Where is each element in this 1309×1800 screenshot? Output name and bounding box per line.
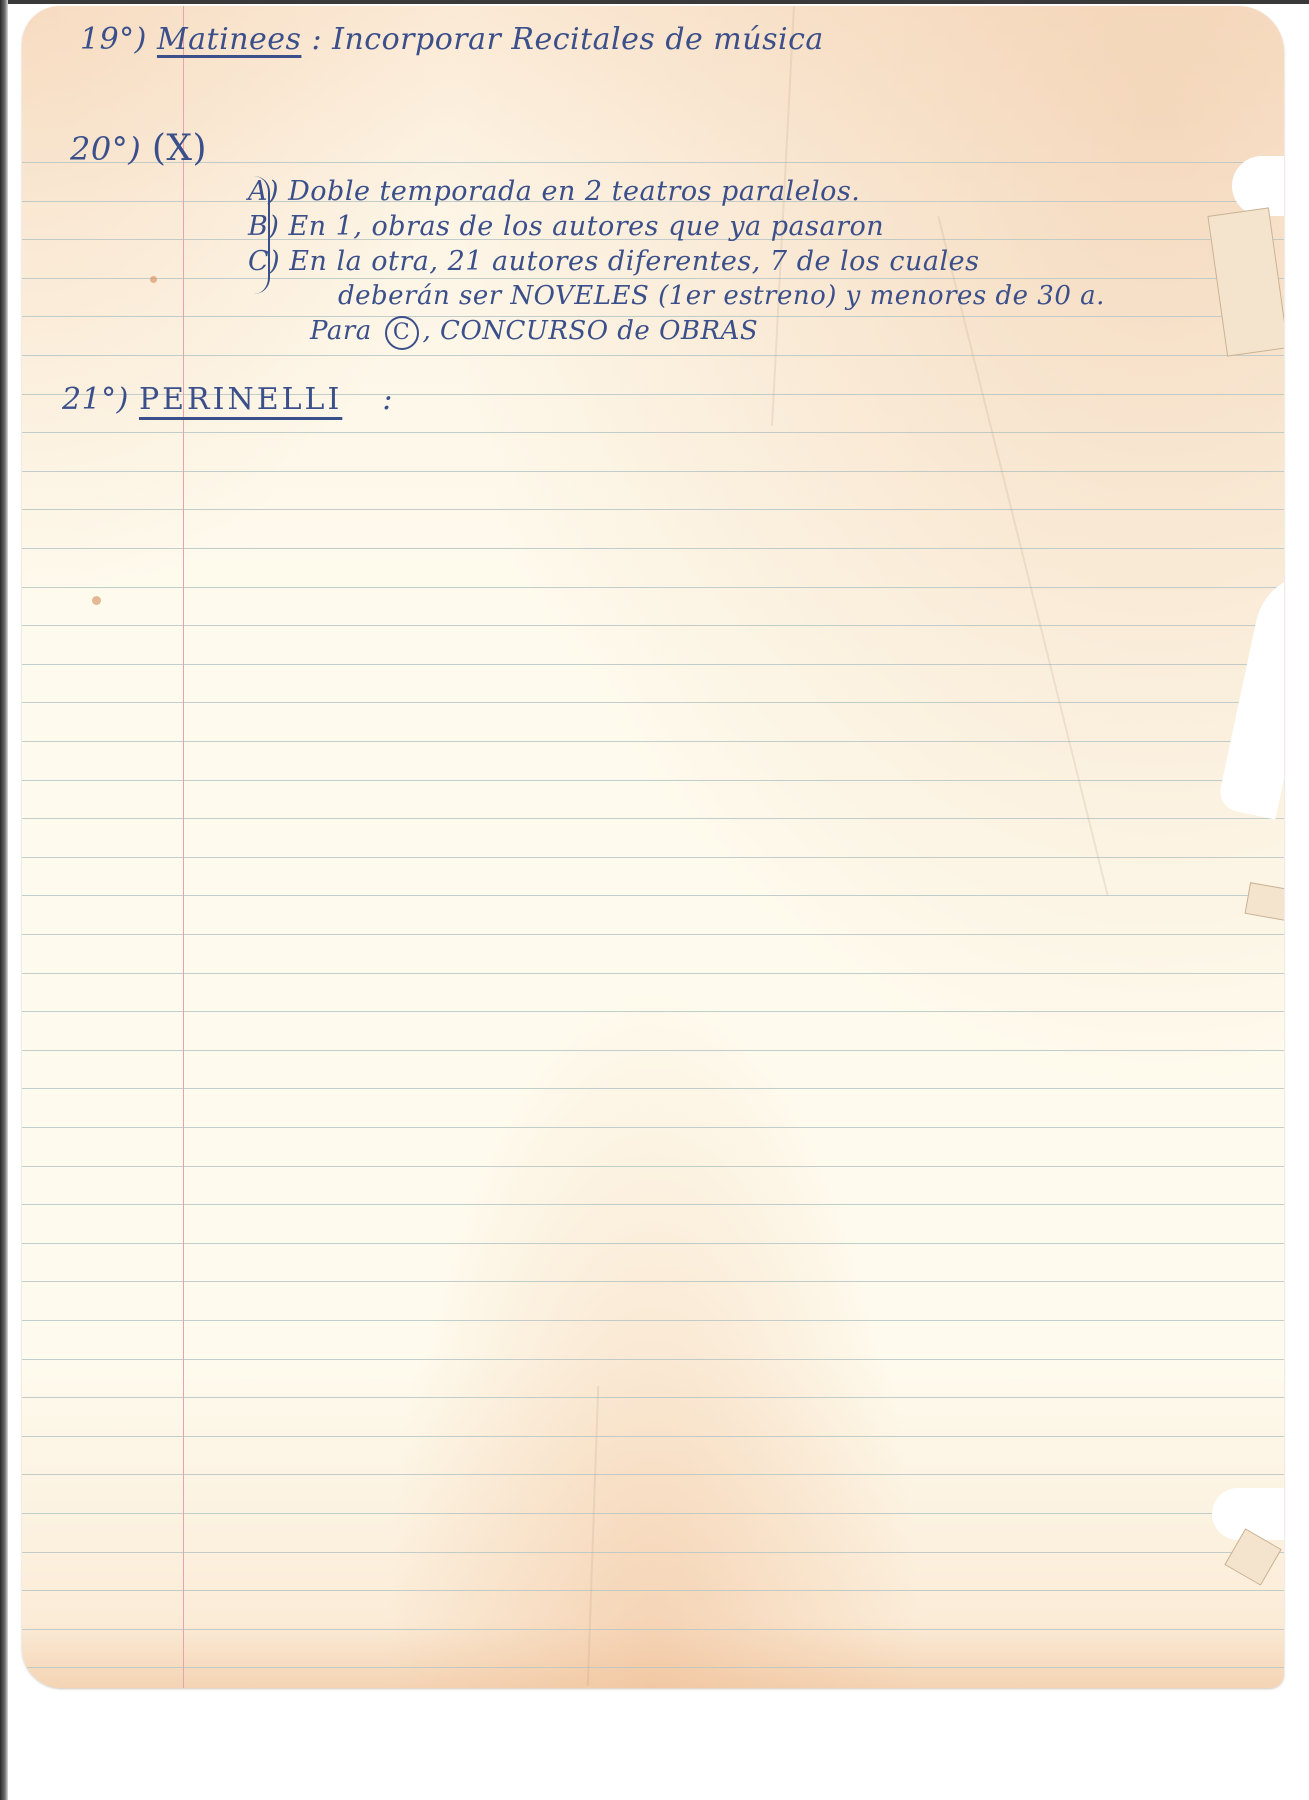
ruled-line bbox=[22, 1552, 1284, 1553]
ruled-line bbox=[22, 741, 1284, 742]
ruled-line bbox=[22, 1204, 1284, 1205]
subitem-b: B) En 1, obras de los autores que ya pas… bbox=[248, 211, 884, 242]
ruled-line bbox=[22, 625, 1284, 626]
ruled-line bbox=[22, 1011, 1284, 1012]
ruled-line bbox=[22, 1397, 1284, 1398]
ruled-line bbox=[22, 973, 1284, 974]
item-heading: Matinees bbox=[157, 22, 301, 57]
item-20: 20°) (X) bbox=[70, 128, 207, 169]
ruled-line bbox=[22, 702, 1284, 703]
ruled-line bbox=[22, 895, 1284, 896]
ruled-line bbox=[22, 162, 1284, 163]
ruled-line bbox=[22, 1474, 1284, 1475]
item-number: 21°) bbox=[62, 382, 129, 417]
ruled-line bbox=[22, 432, 1284, 433]
ruled-line bbox=[22, 1513, 1284, 1514]
subitem-label: A) bbox=[248, 176, 279, 207]
scanner-top-edge bbox=[0, 0, 1309, 4]
ruled-line bbox=[22, 355, 1284, 356]
ruled-line bbox=[22, 509, 1284, 510]
ruled-line bbox=[22, 1590, 1284, 1591]
ruled-line bbox=[22, 857, 1284, 858]
subitem-text: Doble temporada en 2 teatros paralelos. bbox=[288, 176, 860, 207]
item-21: 21°) PERINELLI : bbox=[62, 382, 393, 417]
subitem-text: En la otra, 21 autores diferentes, 7 de … bbox=[289, 246, 979, 277]
notebook-page: 19°) Matinees : Incorporar Recitales de … bbox=[22, 6, 1284, 1688]
ruled-line bbox=[22, 1629, 1284, 1630]
ruled-line bbox=[22, 1243, 1284, 1244]
ruled-line bbox=[22, 1359, 1284, 1360]
subitem-text: Para bbox=[310, 316, 372, 346]
ruled-line bbox=[22, 934, 1284, 935]
item-number: 19°) bbox=[80, 22, 147, 57]
ruled-line bbox=[22, 818, 1284, 819]
circled-letter: C bbox=[385, 316, 419, 350]
ruled-line bbox=[22, 1320, 1284, 1321]
subitem-c: C) En la otra, 21 autores diferentes, 7 … bbox=[248, 246, 979, 277]
margin-line bbox=[183, 6, 184, 1688]
ink-spot bbox=[150, 276, 157, 283]
ruled-line bbox=[22, 278, 1284, 279]
ruled-line bbox=[22, 1088, 1284, 1089]
item-heading: (X) bbox=[152, 128, 207, 169]
item-number: 20°) bbox=[70, 130, 141, 168]
ruled-line bbox=[22, 1127, 1284, 1128]
ruled-line bbox=[22, 587, 1284, 588]
ruled-line bbox=[22, 780, 1284, 781]
torn-notch bbox=[1232, 156, 1284, 216]
subitem-a: A) Doble temporada en 2 teatros paralelo… bbox=[248, 176, 860, 207]
item-19: 19°) Matinees : Incorporar Recitales de … bbox=[80, 22, 824, 57]
subitem-text: , CONCURSO de OBRAS bbox=[423, 316, 759, 346]
item-text: : Incorporar Recitales de música bbox=[311, 22, 823, 57]
item-heading: PERINELLI bbox=[139, 382, 342, 417]
ruled-line bbox=[22, 664, 1284, 665]
ruled-line bbox=[22, 1050, 1284, 1051]
subitem-text: En 1, obras de los autores que ya pasaro… bbox=[288, 211, 884, 242]
scanner-left-edge bbox=[0, 0, 8, 1800]
subitem-text: deberán ser NOVELES (1er estreno) y meno… bbox=[338, 281, 1105, 311]
ruled-line bbox=[22, 548, 1284, 549]
rust-spot bbox=[92, 596, 101, 605]
item-text: : bbox=[382, 382, 393, 417]
ruled-line bbox=[22, 1436, 1284, 1437]
subitem-label: C) bbox=[248, 246, 280, 277]
ruled-line bbox=[22, 1166, 1284, 1167]
ruled-line bbox=[22, 1281, 1284, 1282]
subitem-c-continued: deberán ser NOVELES (1er estreno) y meno… bbox=[338, 281, 1105, 311]
subitem-label: B) bbox=[248, 211, 279, 242]
ruled-line bbox=[22, 471, 1284, 472]
subitem-c-note: Para C, CONCURSO de OBRAS bbox=[310, 316, 758, 350]
ruled-line bbox=[22, 1667, 1284, 1668]
